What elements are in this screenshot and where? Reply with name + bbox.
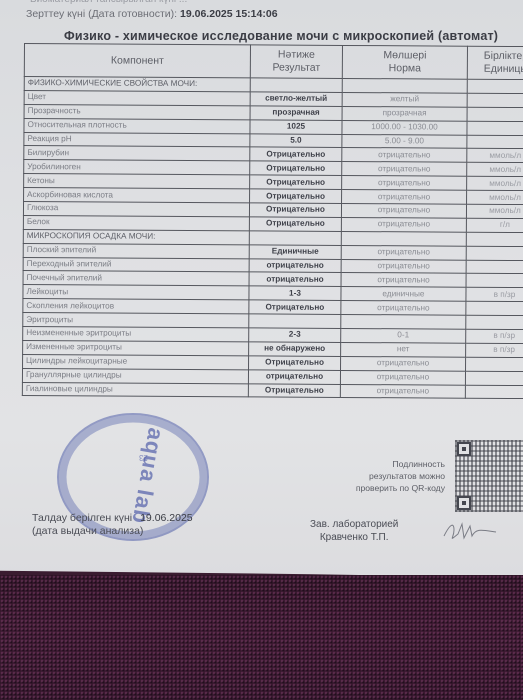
norm-value [341, 315, 466, 330]
units-value: ммоль/л [467, 163, 523, 177]
norm-value: отрицательно [341, 273, 466, 288]
component-name: Белок [23, 215, 249, 230]
top-partial-line: Биоматериал тапсырылған күні ... [30, 0, 490, 4]
component-name: Переходный эпителий [23, 257, 249, 272]
result-value: Отрицательно [249, 217, 341, 231]
norm-value: единичные [341, 287, 466, 302]
result-value: прозрачная [250, 106, 342, 120]
component-name: Относительная плотность [24, 118, 250, 133]
component-name: Билирубин [24, 146, 250, 161]
norm-value: нет [341, 342, 466, 357]
norm-value: отрицательно [341, 203, 466, 218]
norm-value: отрицательно [340, 384, 465, 399]
norm-value: отрицательно [341, 217, 466, 232]
norm-value: отрицательно [340, 370, 465, 385]
stamp-number: 23 [139, 453, 148, 462]
component-name: Аскорбиновая кислота [24, 188, 250, 203]
component-name: Неизмененные эритроциты [23, 327, 249, 342]
units-value [466, 315, 523, 329]
component-name: Скопления лейкоцитов [23, 299, 249, 314]
component-name: Реакция pH [24, 132, 250, 147]
norm-value: отрицательно [342, 148, 467, 163]
results-table: Компонент НәтижеРезультат МөлшеріНорма Б… [22, 43, 523, 400]
component-name: Измененные эритроциты [23, 340, 249, 355]
result-value: 1025 [250, 120, 342, 134]
lab-report-paper: Биоматериал тапсырылған күні ... Зерттеу… [0, 0, 523, 580]
component-name: Лейкоциты [23, 285, 249, 300]
lab-head: Зав. лабораторией Кравченко Т.П. [310, 518, 398, 544]
units-value: в п/зр [466, 343, 523, 357]
verify-line-2: результатов можно [325, 470, 445, 482]
norm-value: отрицательно [341, 356, 466, 371]
result-value: Отрицательно [250, 147, 342, 161]
ready-date-value: 19.06.2025 15:14:06 [180, 8, 278, 20]
norm-value: 1000.00 - 1030.00 [342, 120, 467, 135]
units-value [466, 274, 523, 288]
units-value [466, 260, 523, 274]
qr-code-icon[interactable] [455, 440, 523, 512]
component-name: Прозрачность [24, 104, 250, 119]
header-units: БірліктерЕдиницы [467, 46, 523, 79]
section-title: ФИЗИКО-ХИМИЧЕСКИЕ СВОЙСТВА МОЧИ: [24, 77, 250, 92]
units-value [467, 107, 523, 121]
verify-line-1: Подлинность [325, 458, 445, 470]
result-value: Отрицательно [249, 356, 341, 370]
units-value: в п/зр [466, 329, 523, 343]
norm-value: отрицательно [342, 162, 467, 177]
component-name: Гиалиновые цилиндры [22, 382, 248, 397]
units-value: г/л [466, 218, 523, 232]
units-value [465, 385, 523, 399]
component-name: Эритроциты [23, 313, 249, 328]
ready-date: Зерттеу күні (Дата готовности):19.06.202… [26, 8, 278, 20]
header-result: НәтижеРезультат [250, 45, 342, 79]
units-value [467, 121, 523, 135]
issue-date-value: 19.06.2025 [140, 512, 193, 524]
lab-head-title: Зав. лабораторией [310, 518, 398, 531]
result-value [249, 314, 341, 328]
header-component: Компонент [24, 44, 250, 78]
units-value: ммоль/л [467, 190, 523, 204]
table-row: Гиалиновые цилиндрыОтрицательноотрицател… [22, 382, 523, 399]
result-value: отрицательно [248, 370, 340, 384]
issue-date-block: Талдау берілген күні19.06.2025 (дата выд… [32, 512, 193, 538]
result-value: Отрицательно [249, 203, 341, 217]
norm-value: прозрачная [342, 106, 467, 121]
norm-value: отрицательно [341, 259, 466, 274]
result-value: Отрицательно [250, 161, 342, 175]
component-name: Плоский эпителий [23, 243, 249, 258]
units-value [466, 246, 523, 260]
units-value [466, 301, 523, 315]
norm-value: желтый [342, 92, 467, 107]
units-value: ммоль/л [466, 204, 523, 218]
signature-icon [440, 518, 500, 544]
verify-line-3: проверить по QR-коду [325, 482, 445, 494]
result-value: Отрицательно [250, 175, 342, 189]
component-name: Глюкоза [23, 202, 249, 217]
units-value [467, 93, 523, 107]
component-name: Цилиндры лейкоцитарные [23, 354, 249, 369]
header-norm: МөлшеріНорма [342, 45, 467, 79]
norm-value: отрицательно [341, 301, 466, 316]
units-value [467, 135, 523, 149]
component-name: Грануллярные цилиндры [22, 368, 248, 383]
result-value: Отрицательно [248, 383, 340, 397]
result-value: Отрицательно [250, 189, 342, 203]
report-title: Физико - химическое исследование мочи с … [64, 29, 498, 43]
units-value: ммоль/л [467, 176, 523, 190]
table-header-row: Компонент НәтижеРезультат МөлшеріНорма Б… [24, 44, 523, 80]
result-value: не обнаружено [249, 342, 341, 356]
units-value: ммоль/л [467, 149, 523, 163]
norm-value: отрицательно [341, 245, 466, 260]
units-value [466, 357, 523, 371]
result-value: отрицательно [249, 258, 341, 272]
qr-verify-note: Подлинность результатов можно проверить … [325, 458, 445, 494]
result-value: 2-3 [249, 328, 341, 342]
lab-head-name: Кравченко Т.П. [310, 531, 398, 544]
result-value: Отрицательно [249, 300, 341, 314]
units-value: в п/зр [466, 288, 523, 302]
norm-value: отрицательно [342, 190, 467, 205]
component-name: Кетоны [24, 174, 250, 189]
result-value: Единичные [249, 245, 341, 259]
ready-date-label: Зерттеу күні (Дата готовности): [26, 8, 177, 20]
component-name: Цвет [24, 90, 250, 105]
result-value: светло-желтый [250, 92, 342, 106]
norm-value: 5.00 - 9.00 [342, 134, 467, 149]
issue-date-label-kz: Талдау берілген күні [32, 512, 132, 524]
component-name: Почечный эпителий [23, 271, 249, 286]
norm-value: отрицательно [342, 176, 467, 191]
result-value: 5.0 [250, 133, 342, 147]
section-title: МИКРОСКОПИЯ ОСАДКА МОЧИ: [23, 229, 249, 244]
component-name: Уробилиноген [24, 160, 250, 175]
issue-date-label-ru: (дата выдачи анализа) [32, 525, 193, 538]
result-value: отрицательно [249, 272, 341, 286]
result-value: 1-3 [249, 286, 341, 300]
fabric-background [0, 575, 523, 700]
units-value [465, 371, 523, 385]
norm-value: 0-1 [341, 328, 466, 343]
